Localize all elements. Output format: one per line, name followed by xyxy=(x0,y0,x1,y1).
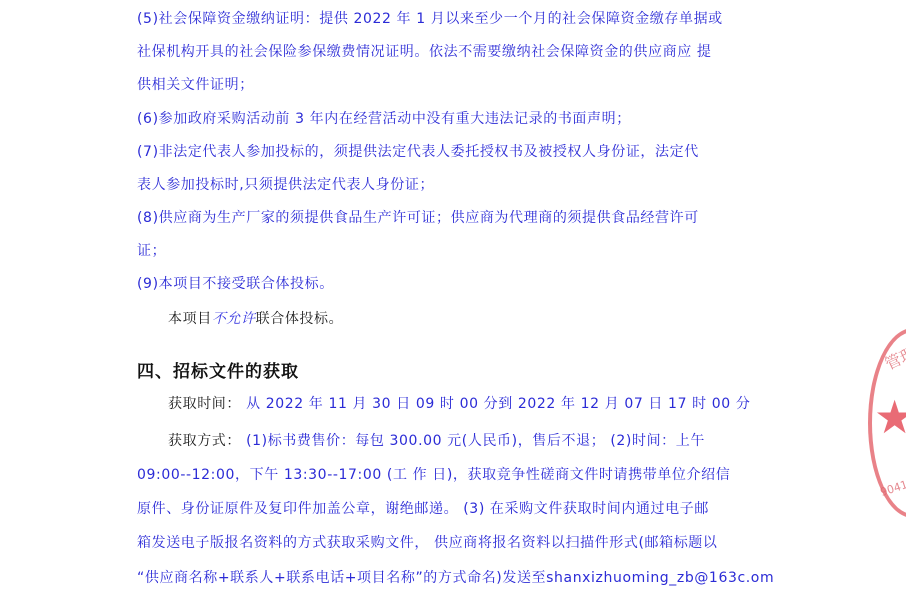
item-6-line-1: (6)参加政府采购活动前 3 年内在经营活动中没有重大违法记录的书面声明； xyxy=(137,110,631,128)
acquisition-method-label: 获取方式： xyxy=(168,433,241,449)
acquisition-time-value: 从 2022 年 11 月 30 日 09 时 00 分到 2022 年 12 … xyxy=(246,396,750,412)
item-8-line-2: 证； xyxy=(137,242,166,260)
official-seal: 管理 ★ 9041 xyxy=(868,328,906,518)
item-5-line-3: 供相关文件证明； xyxy=(137,76,254,94)
consortium-note-prefix: 本项目 xyxy=(168,311,212,327)
item-8-line-1: (8)供应商为生产厂家的须提供食品生产许可证；供应商为代理商的须提供食品经营许可 xyxy=(137,209,699,227)
section-4-heading: 四、招标文件的获取 xyxy=(137,357,299,382)
document-page: (5)社会保障资金缴纳证明：提供 2022 年 1 月以来至少一个月的社会保障资… xyxy=(0,0,906,601)
item-7-line-2: 表人参加投标时,只须提供法定代表人身份证； xyxy=(137,176,434,194)
consortium-note: 本项目不允许联合体投标。 xyxy=(168,310,343,328)
acquisition-method-line-4: 箱发送电子版报名资料的方式获取采购文件， 供应商将报名资料以扫描件形式(邮箱标题… xyxy=(137,534,718,552)
acquisition-method-first-line: (1)标书费售价：每包 300.00 元(人民币)，售后不退； (2)时间：上午 xyxy=(246,433,705,449)
item-7-line-1: (7)非法定代表人参加投标的，须提供法定代表人委托授权书及被授权人身份证，法定代 xyxy=(137,143,699,161)
item-5-line-2: 社保机构开具的社会保险参保缴费情况证明。依法不需要缴纳社会保障资金的供应商应 提 xyxy=(137,43,711,61)
consortium-note-value: 不允许 xyxy=(212,311,256,327)
consortium-note-suffix: 联合体投标。 xyxy=(256,311,344,327)
acquisition-time-label: 获取时间： xyxy=(168,396,241,412)
acquisition-method-row: 获取方式： (1)标书费售价：每包 300.00 元(人民币)，售后不退； (2… xyxy=(168,432,705,450)
seal-bottom-text: 9041 xyxy=(879,478,906,499)
item-5-line-1: (5)社会保障资金缴纳证明：提供 2022 年 1 月以来至少一个月的社会保障资… xyxy=(137,10,723,28)
item-9-line-1: (9)本项目不接受联合体投标。 xyxy=(137,275,334,293)
acquisition-method-line-2: 09:00--12:00，下午 13:30--17:00 (工 作 日)，获取竞… xyxy=(137,466,730,484)
acquisition-time-row: 获取时间： 从 2022 年 11 月 30 日 09 时 00 分到 2022… xyxy=(168,395,750,413)
seal-top-text: 管理 xyxy=(881,340,906,374)
seal-star-icon: ★ xyxy=(874,394,906,440)
acquisition-method-line-5: “供应商名称+联系人+联系电话+项目名称”的方式命名)发送至shanxizhuo… xyxy=(137,569,774,587)
acquisition-method-line-3: 原件、身份证原件及复印件加盖公章，谢绝邮递。 (3) 在采购文件获取时间内通过电… xyxy=(137,500,709,518)
